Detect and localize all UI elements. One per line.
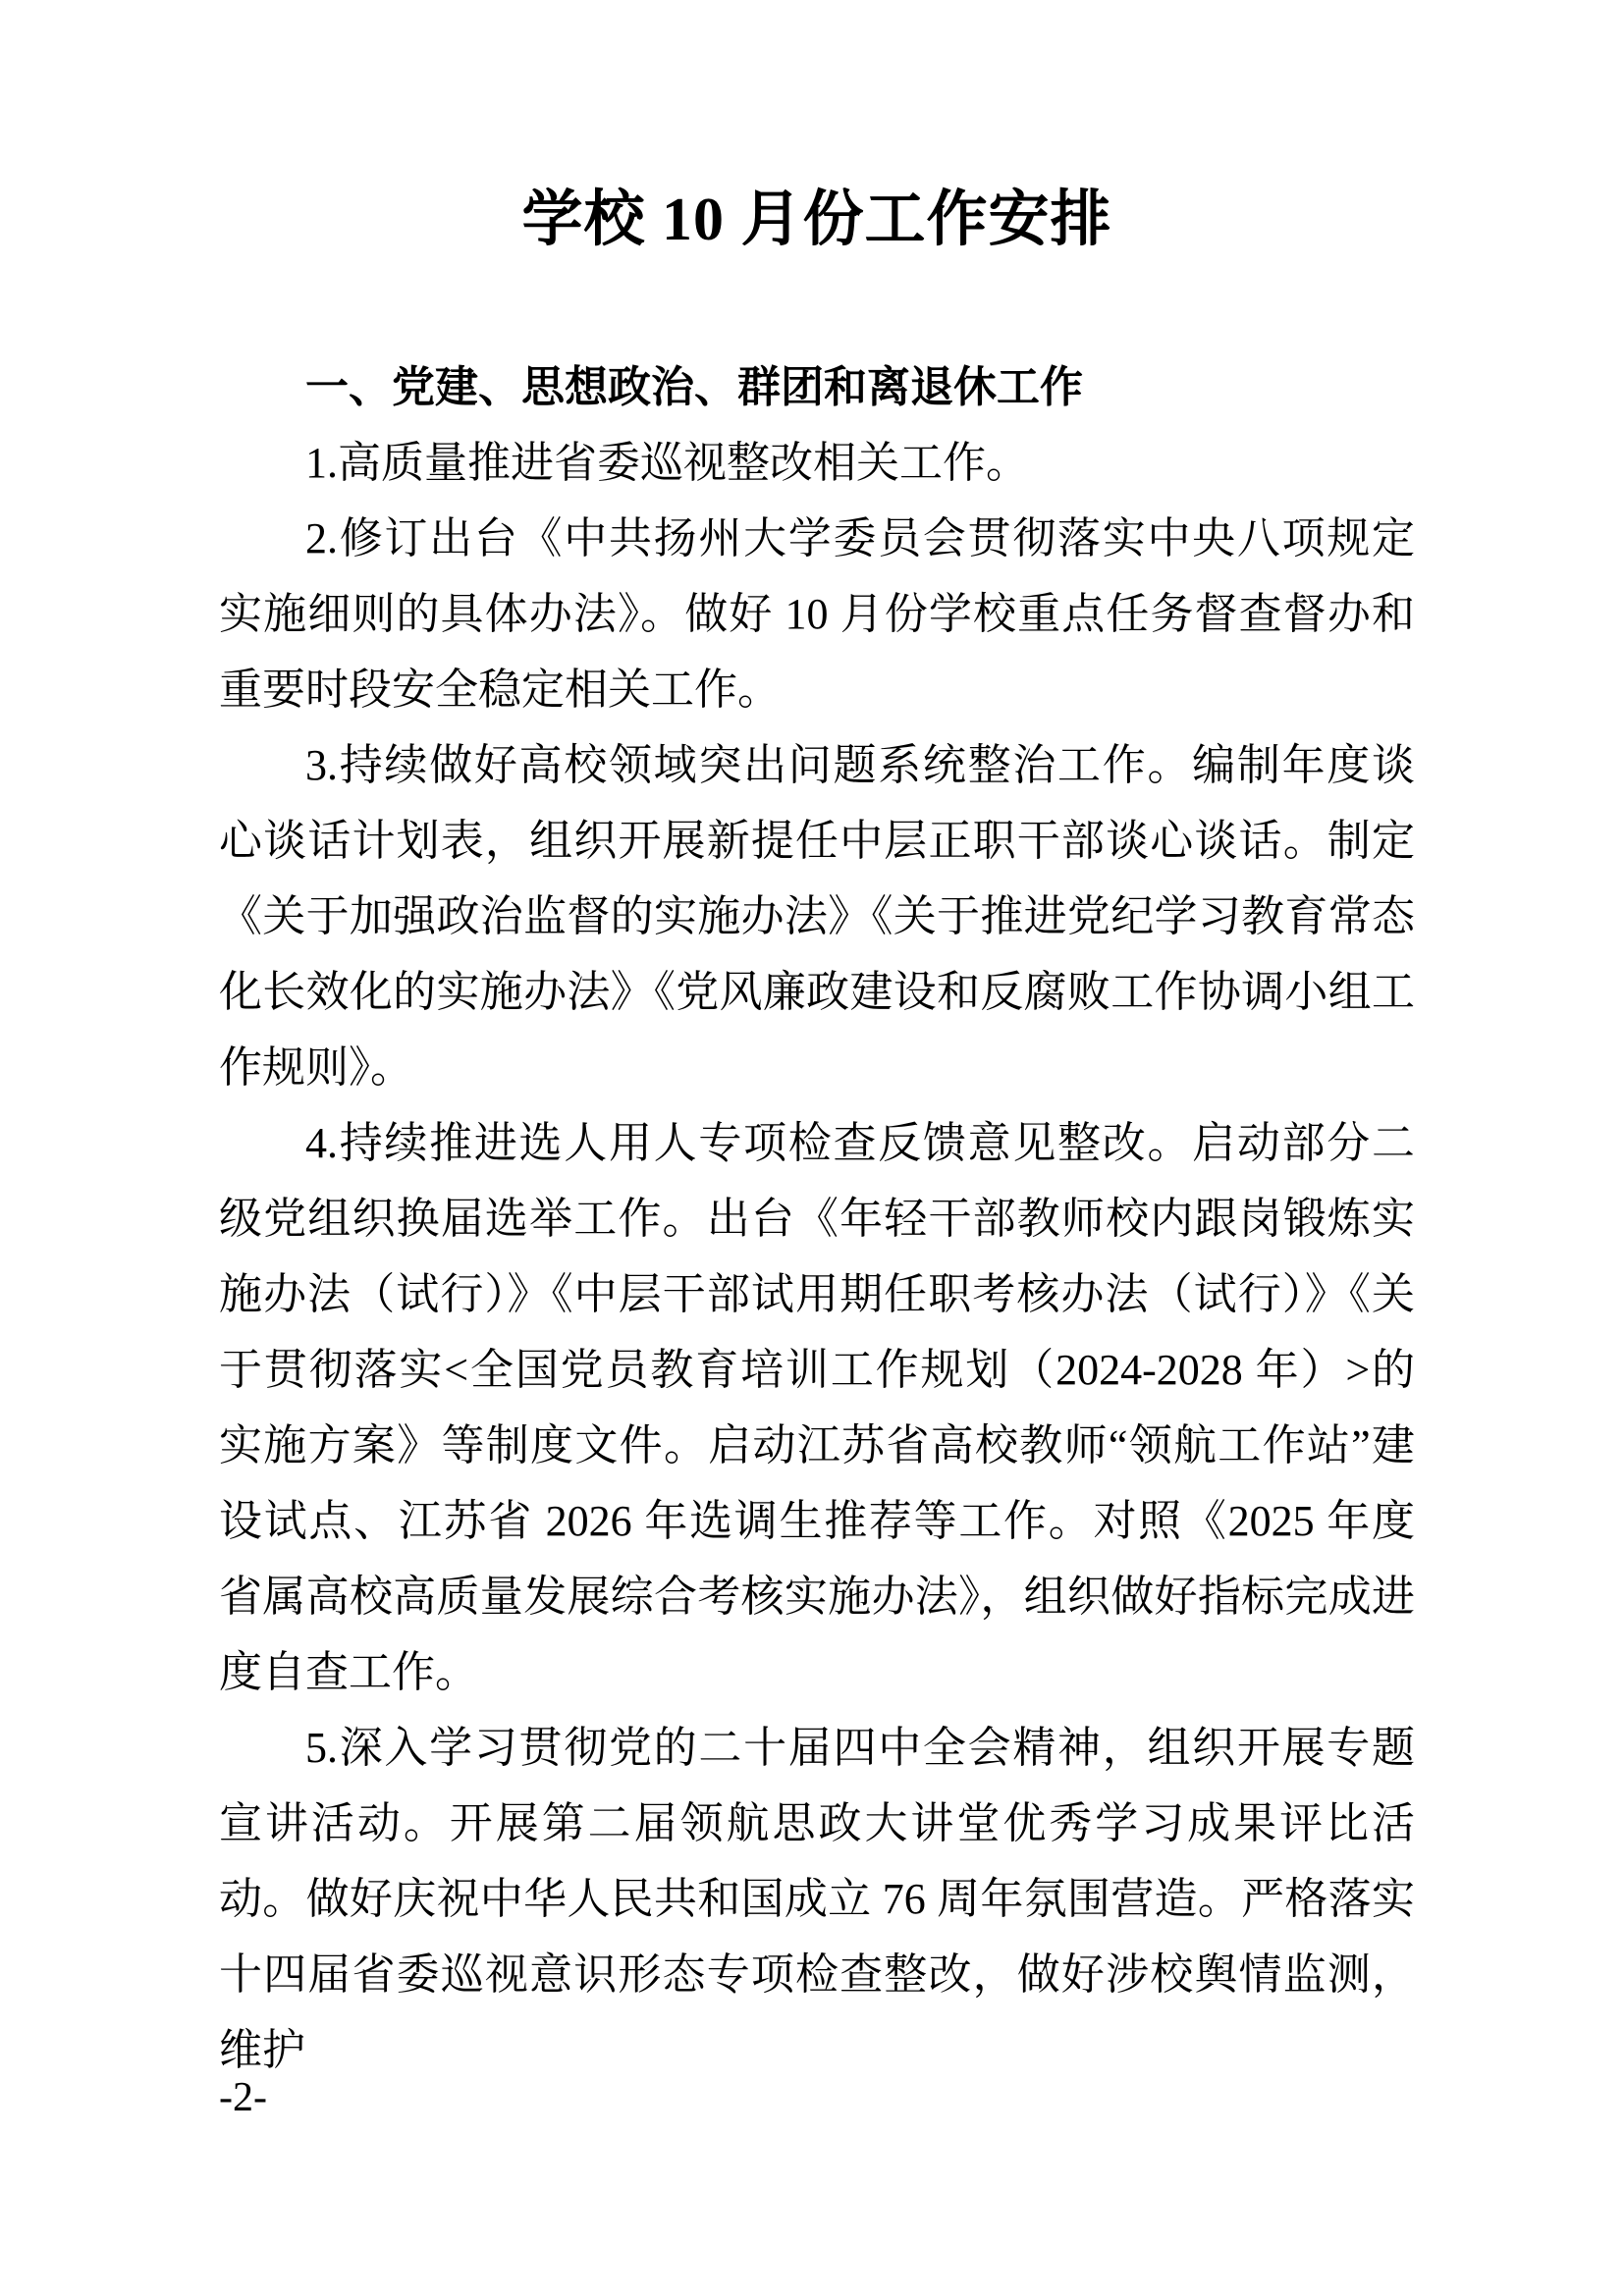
page-number: -2- bbox=[219, 2073, 267, 2122]
section-heading: 一、党建、思想政治、群团和离退休工作 bbox=[219, 349, 1415, 425]
paragraph: 1.高质量推进省委巡视整改相关工作。 bbox=[219, 425, 1415, 501]
document-page: 学校 10 月份工作安排 一、党建、思想政治、群团和离退休工作 1.高质量推进省… bbox=[0, 0, 1624, 2296]
paragraph: 2.修订出台《中共扬州大学委员会贯彻落实中央八项规定实施细则的具体办法》。做好 … bbox=[219, 501, 1415, 727]
paragraph-list: 1.高质量推进省委巡视整改相关工作。2.修订出台《中共扬州大学委员会贯彻落实中央… bbox=[219, 425, 1415, 2088]
paragraph: 3.持续做好高校领域突出问题系统整治工作。编制年度谈心谈话计划表，组织开展新提任… bbox=[219, 727, 1415, 1105]
document-content: 学校 10 月份工作安排 一、党建、思想政治、群团和离退休工作 1.高质量推进省… bbox=[219, 0, 1415, 2088]
paragraph: 4.持续推进选人用人专项检查反馈意见整改。启动部分二级党组织换届选举工作。出台《… bbox=[219, 1105, 1415, 1710]
page-title: 学校 10 月份工作安排 bbox=[219, 0, 1415, 265]
paragraph: 5.深入学习贯彻党的二十届四中全会精神，组织开展专题宣讲活动。开展第二届领航思政… bbox=[219, 1710, 1415, 2088]
